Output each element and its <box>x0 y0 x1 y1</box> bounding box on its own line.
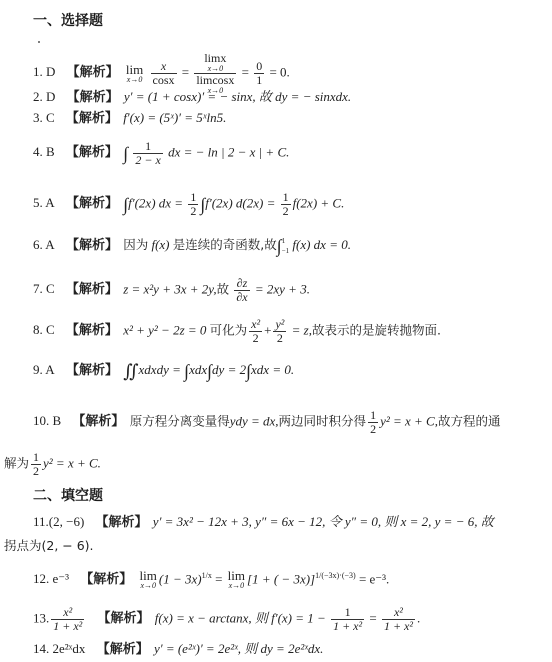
item-number: 12. e⁻³ <box>33 571 69 587</box>
fraction: 01 <box>254 60 264 87</box>
item-number: 7. C <box>33 281 55 297</box>
item-number: 1. D <box>33 64 55 80</box>
item-number: 4. B <box>33 144 55 160</box>
fraction: ∂z∂x <box>234 277 249 304</box>
item-number: 9. A <box>33 362 55 378</box>
fraction: 12 − x <box>133 140 162 167</box>
answer-item-11: 11.(2, −6) 【解析】 y′ = 3x² − 12x + 3, y″ =… <box>33 514 494 531</box>
analysis-tag: 【解析】 <box>98 611 150 626</box>
answer-item-9: 9. A 【解析】 ∬xdxdy = ∫xdx∫dy = 2∫xdx = 0. <box>33 362 294 379</box>
item-number: 13.x²1 + x² <box>33 606 86 633</box>
fraction: y²2 <box>273 318 286 345</box>
solution-text: f′(x) = (5ˣ)′ = 5ˣln5. <box>123 110 226 125</box>
answer-item-7: 7. C 【解析】 z = x²y + 3x + 2y,故 ∂z∂x = 2xy… <box>33 277 310 304</box>
item-number: 3. C <box>33 110 55 126</box>
analysis-tag: 【解析】 <box>96 515 148 530</box>
section-heading-choice: 一、选择题 <box>33 13 103 29</box>
fraction: xcosx <box>151 60 177 87</box>
integral-sign: ∫ <box>123 144 128 164</box>
analysis-tag: 【解析】 <box>66 111 118 126</box>
analysis-tag: 【解析】 <box>66 145 118 160</box>
answer-item-10: 10. B 【解析】 原方程分离变量得ydy = dx,两边同时积分得12y² … <box>33 409 500 436</box>
analysis-tag: 【解析】 <box>72 414 124 429</box>
fraction: 11 + x² <box>331 606 364 633</box>
answer-item-11-continued: 拐点为(2, − 6). <box>4 538 94 554</box>
limit-expression: limx→0 <box>140 570 157 590</box>
answer-item-2: 2. D 【解析】 y′ = (1 + cosx)′ = − sinx, 故 d… <box>33 89 351 106</box>
analysis-tag: 【解析】 <box>66 196 118 211</box>
answer-item-4: 4. B 【解析】 ∫ 12 − x dx = − ln | 2 − x | +… <box>33 140 289 167</box>
item-number: 6. A <box>33 237 55 253</box>
limit-expression: limx→0 <box>228 570 245 590</box>
section-heading-fill-blank: 二、填空题 <box>33 488 103 504</box>
answer-item-13: 13.x²1 + x² 【解析】 f(x) = x − arctanx, 则 f… <box>33 606 420 633</box>
item-number: 2. D <box>33 89 55 105</box>
answer-item-6: 6. A 【解析】 因为 f(x) 是连续的奇函数,故∫1−1 f(x) dx … <box>33 236 351 256</box>
solution-text: y′ = (e²ˣ)′ = 2e²ˣ, 则 dy = 2e²ˣdx. <box>154 641 323 656</box>
answer-item-14: 14. 2e²ˣdx 【解析】 y′ = (e²ˣ)′ = 2e²ˣ, 则 dy… <box>33 641 323 658</box>
analysis-tag: 【解析】 <box>66 238 118 253</box>
fraction: 12 <box>188 191 198 218</box>
analysis-tag: 【解析】 <box>67 65 119 80</box>
item-number: 11.(2, −6) <box>33 514 84 530</box>
double-integral-sign: ∬ <box>123 361 138 381</box>
limit-expression: limx→0 <box>126 64 143 84</box>
analysis-tag: 【解析】 <box>66 323 118 338</box>
item-number: 8. C <box>33 322 55 338</box>
analysis-tag: 【解析】 <box>67 90 119 105</box>
fraction: x²1 + x² <box>382 606 415 633</box>
item-number: 5. A <box>33 195 55 211</box>
fraction: 12 <box>31 451 41 478</box>
item-number: 14. 2e²ˣdx <box>33 641 85 657</box>
analysis-tag: 【解析】 <box>97 642 149 657</box>
fraction: x²2 <box>249 318 262 345</box>
analysis-tag: 【解析】 <box>80 572 132 587</box>
scan-dot <box>38 41 40 43</box>
fraction: x²1 + x² <box>51 606 84 633</box>
answer-item-3: 3. C 【解析】 f′(x) = (5ˣ)′ = 5ˣln5. <box>33 110 226 127</box>
item-number: 10. B <box>33 413 61 429</box>
fraction: 12 <box>281 191 291 218</box>
answer-item-10-continued: 解为12y² = x + C. <box>4 451 101 478</box>
answer-item-12: 12. e⁻³ 【解析】 limx→0(1 − 3x)1/x = limx→0[… <box>33 568 389 590</box>
answer-item-8: 8. C 【解析】 x² + y² − 2z = 0 可化为x²2+y²2 = … <box>33 318 441 345</box>
answer-item-5: 5. A 【解析】 ∫f′(2x) dx = 12∫f′(2x) d(2x) =… <box>33 191 344 218</box>
fraction: 12 <box>368 409 378 436</box>
analysis-tag: 【解析】 <box>66 282 118 297</box>
solution-text: y′ = (1 + cosx)′ = − sinx, 故 dy = − sinx… <box>124 89 351 104</box>
analysis-tag: 【解析】 <box>66 363 118 378</box>
